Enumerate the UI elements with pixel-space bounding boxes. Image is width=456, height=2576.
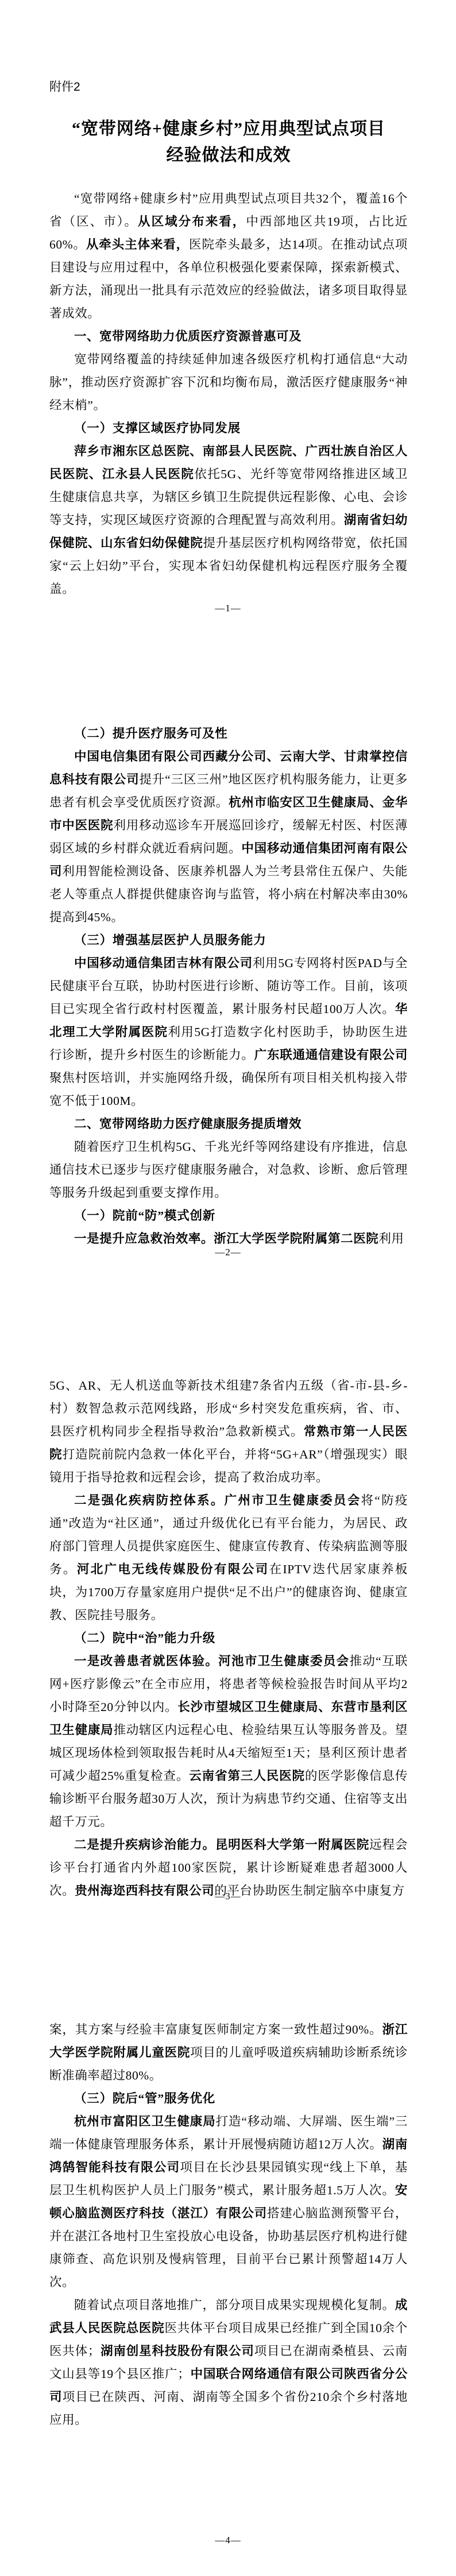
text-run: 案，其方案与经验丰富康复医师制定方案一致性超过90%。: [49, 2023, 382, 2036]
emphasis-org-name: 杭州市富阳区卫生健康局: [74, 2115, 216, 2128]
paragraph: 中国移动通信集团吉林有限公司利用5G专网将村医PAD与全民健康平台互联，协助村医…: [49, 952, 408, 1112]
paragraph: 一是改善患者就医体验。河池市卫生健康委员会推动“互联网+医疗影像云”在全市应用，…: [49, 1650, 408, 1833]
sub-heading: （一）支撑区域医疗协同发展: [49, 417, 408, 440]
text-run: 随着试点项目落地推广，部分项目成果实现规模化复制。: [74, 2298, 395, 2312]
page-1: 附件2“宽带网络+健康乡村”应用典型试点项目经验做法和成效“宽带网络+健康乡村”…: [0, 0, 456, 644]
paragraph: 二是强化疾病防控体系。广州市卫生健康委员会将“防疫通”改造为“社区通”，通过升级…: [49, 1489, 408, 1627]
page-4: 案，其方案与经验丰富康复医师制定方案一致性超过90%。浙江大学医学院附属儿童医院…: [0, 1932, 456, 2576]
page-number: —1—: [0, 603, 456, 614]
paragraph: 杭州市富阳区卫生健康局打造“移动端、大屏端、医生端”三端一体健康管理服务体系，累…: [49, 2110, 408, 2294]
text-run: 宽带网络覆盖的持续延伸加速各级医疗机构打通信息“大动脉”，推动医疗资源扩容下沉和…: [49, 352, 408, 412]
paragraph: 中国电信集团有限公司西藏分公司、云南大学、甘肃掌控信息科技有限公司提升“三区三州…: [49, 745, 408, 929]
sub-heading: （三）增强基层医护人员服务能力: [49, 929, 408, 952]
emphasis-org-name: 中国移动通信集团吉林有限公司: [74, 956, 253, 970]
paragraph: 萍乡市湘东区总医院、南部县人民医院、广西壮族自治区人民医院、江永县人民医院依托5…: [49, 440, 408, 600]
emphasis-org-name: 二是强化疾病防控体系。广州市卫生健康委员会: [74, 1493, 361, 1507]
paragraph: 随着试点项目落地推广，部分项目成果实现规模化复制。成武县人民医院总医院医共体平台…: [49, 2294, 408, 2431]
document-title-line: 经验做法和成效: [49, 142, 408, 169]
emphasis-org-name: 从区域分布来看，: [138, 215, 246, 228]
page-3: 5G、AR、无人机送血等新技术组建7条省内五级（省-市-县-乡-村）数智急救示范…: [0, 1288, 456, 1932]
emphasis-org-name: 云南省第三人民医院: [189, 1769, 305, 1783]
text-run: 聚焦村医培训，并实施网络升级，确保所有项目相关机构接入带宽不低于100M。: [49, 1071, 408, 1108]
document-title: “宽带网络+健康乡村”应用典型试点项目经验做法和成效: [49, 116, 408, 169]
emphasis-org-name: 二是提升疾病诊治能力。昆明医科大学第一附属医院: [74, 1838, 369, 1852]
sub-heading: （一）院前“防”模式创新: [49, 1204, 408, 1227]
paragraph-continuation: 案，其方案与经验丰富康复医师制定方案一致性超过90%。浙江大学医学院附属儿童医院…: [49, 2018, 408, 2087]
emphasis-org-name: 一是改善患者就医体验。河池市卫生健康委员会: [74, 1654, 350, 1668]
text-run: 打造院前院内急救一体化平台，并将“5G+AR”（增强现实）眼镜用于指导抢救和远程…: [49, 1448, 408, 1484]
page-number: —3—: [0, 1891, 456, 1902]
emphasis-org-name: 湖南创星科技股份有限公司: [101, 2344, 254, 2358]
text-run: 项目已在陕西、河南、湖南等全国多个省份210余个乡村落地应用。: [49, 2390, 408, 2427]
text-run: 随着医疗卫生机构5G、千兆光纤等网络建设有序推进，信息通信技术已逐步与医疗健康服…: [49, 1140, 408, 1200]
section-heading: 二、宽带网络助力医疗健康服务提质增效: [49, 1112, 408, 1135]
sub-heading: （二）院中“治”能力升级: [49, 1627, 408, 1650]
page-2: （二）提升医疗服务可及性中国电信集团有限公司西藏分公司、云南大学、甘肃掌控信息科…: [0, 644, 456, 1288]
sub-heading: （二）提升医疗服务可及性: [49, 722, 408, 745]
emphasis-org-name: 广东联通通信建设有限公司: [254, 1048, 408, 1062]
text-run: 利用: [378, 1232, 404, 1246]
text-run: 利用智能检测设备、医康养机器人为兰考县常住五保户、失能老人等重点人群提供健康咨询…: [49, 864, 408, 924]
emphasis-org-name: 从牵头主体来看，: [86, 238, 189, 251]
paragraph: 宽带网络覆盖的持续延伸加速各级医疗机构打通信息“大动脉”，推动医疗资源扩容下沉和…: [49, 348, 408, 417]
paragraph-continuation: 5G、AR、无人机送血等新技术组建7条省内五级（省-市-县-乡-村）数智急救示范…: [49, 1374, 408, 1489]
document-title-line: “宽带网络+健康乡村”应用典型试点项目: [49, 116, 408, 142]
attachment-label: 附件2: [49, 76, 408, 99]
document-pages-container: 附件2“宽带网络+健康乡村”应用典型试点项目经验做法和成效“宽带网络+健康乡村”…: [0, 0, 456, 2576]
page-number: —4—: [0, 2535, 456, 2546]
emphasis-org-name: 一是提升应急救治效率。浙江大学医学院附属第二医院: [74, 1232, 378, 1246]
section-heading: 一、宽带网络助力优质医疗资源普惠可及: [49, 325, 408, 348]
paragraph: “宽带网络+健康乡村”应用典型试点项目共32个，覆盖16个省（区、市）。从区域分…: [49, 187, 408, 325]
page-number: —2—: [0, 1247, 456, 1258]
emphasis-org-name: 河北广电无线传媒股份有限公司: [77, 1562, 269, 1576]
paragraph: 随着医疗卫生机构5G、千兆光纤等网络建设有序推进，信息通信技术已逐步与医疗健康服…: [49, 1135, 408, 1204]
sub-heading: （三）院后“管”服务优化: [49, 2087, 408, 2110]
